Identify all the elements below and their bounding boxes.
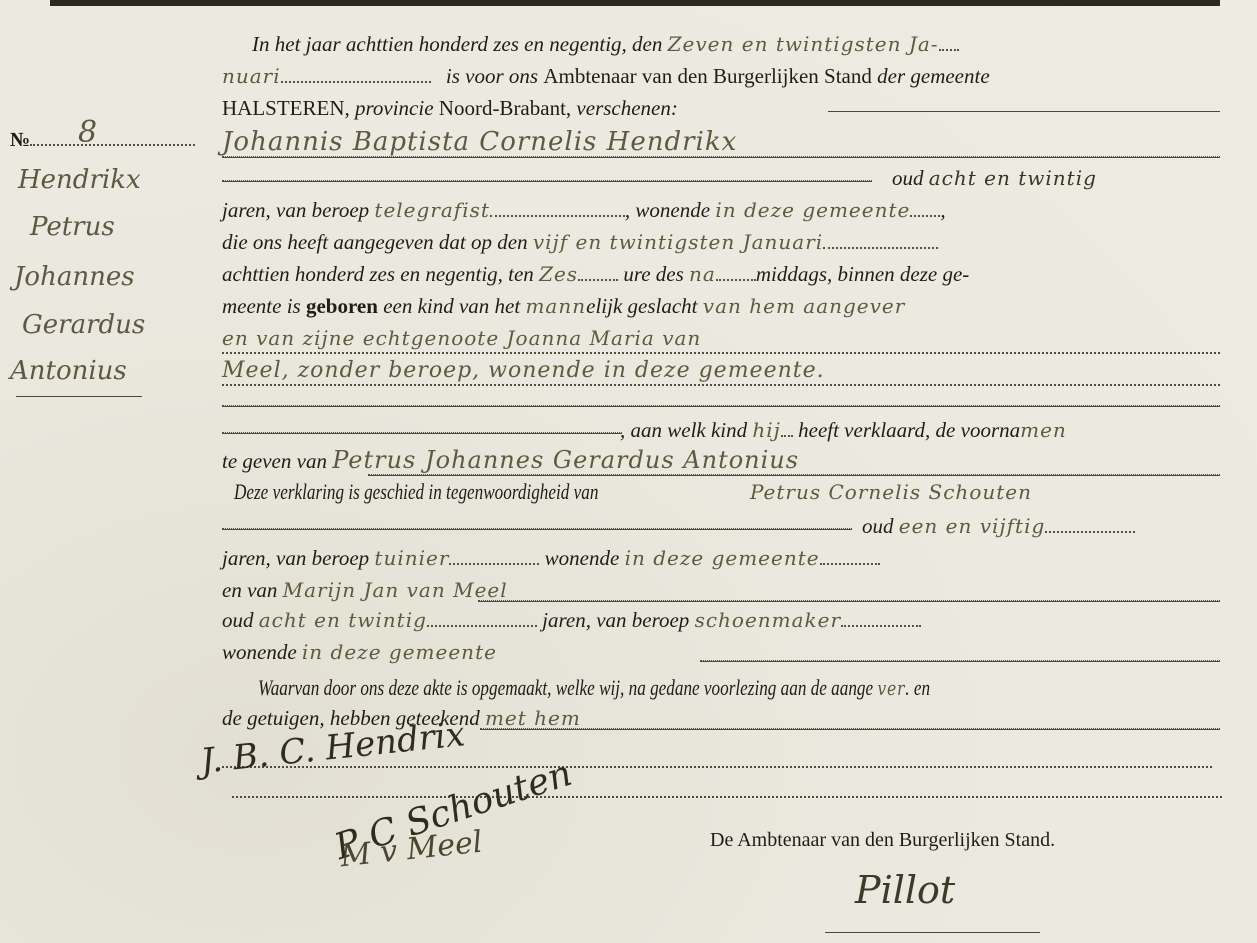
margin-given-name-3: Gerardus (22, 310, 145, 340)
parent-relation: van hem aangever (703, 294, 906, 318)
witness1-residence: in deze gemeente (625, 546, 820, 570)
dotted-rule (222, 352, 1220, 354)
witness2-residence-line: wonende in deze gemeente (222, 640, 497, 664)
child-name-line: te geven van Petrus Johannes Gerardus An… (222, 448, 799, 473)
signature-underline (825, 932, 1040, 933)
declarant-residence: in deze gemeente (715, 198, 910, 222)
line-rule (222, 156, 1220, 158)
declarant-pronoun: hij (752, 418, 780, 442)
occupation-line: jaren, van beroep telegrafist, wonende i… (222, 198, 946, 222)
line-rule (222, 528, 852, 530)
line-rule (222, 180, 872, 182)
signature-rule (232, 796, 1222, 798)
intro-line: In het jaar achttien honderd zes en nege… (252, 32, 959, 56)
witness2-name-line: en van Marijn Jan van Meel (222, 578, 508, 602)
line-rule (222, 432, 622, 434)
birth-hour: Zes (539, 262, 578, 286)
official-signature: Pillot (855, 868, 955, 912)
mother-line: en van zijne echtgenoote Joanna Maria va… (222, 326, 701, 350)
birth-time-line: achttien honderd zes en negentig, ten Ze… (222, 262, 969, 286)
municipality: HALSTEREN, (222, 96, 350, 120)
record-number-label: № (10, 128, 195, 152)
birth-date-line: die ons heeft aangegeven dat op den vijf… (222, 230, 938, 254)
witness2-residence: in deze gemeente (302, 640, 497, 664)
mother-details: Meel, zonder beroep, wonende in deze gem… (222, 358, 825, 383)
line-3: HALSTEREN, provincie Noord-Brabant, vers… (222, 96, 678, 120)
record-number-value: 8 (78, 115, 97, 150)
declarant-name-line: Johannis Baptista Cornelis Hendrikx (222, 130, 737, 155)
mother-name: en van zijne echtgenoote Joanna Maria va… (222, 326, 701, 350)
margin-given-name-4: Antonius (10, 356, 127, 386)
top-border-rule (50, 0, 1220, 6)
declarant-name: Johannis Baptista Cornelis Hendrikx (222, 127, 737, 157)
witness1-name: Petrus Cornelis Schouten (750, 480, 1032, 504)
margin-given-name-1: Petrus (30, 212, 115, 242)
line-rule (368, 474, 1220, 476)
blank-rule (222, 405, 1220, 407)
date-handwritten: Zeven en twintigsten Ja- (668, 32, 939, 56)
mother-details-line: Meel, zonder beroep, wonende in deze gem… (222, 358, 825, 383)
line-rule (700, 660, 1220, 662)
witness2-age-line: oud acht en twintig jaren, van beroep sc… (222, 608, 921, 632)
witness2-name: Marijn Jan van Meel (283, 578, 508, 602)
witness1-age-line: oud een en vijftig (862, 514, 1135, 538)
child-name: Petrus Johannes Gerardus Antonius (332, 446, 799, 474)
closing-line: Waarvan door ons deze akte is opgemaakt,… (258, 676, 1120, 700)
blank-rule (828, 111, 1220, 112)
witness2-occupation: schoenmaker (695, 608, 842, 632)
province: Noord-Brabant, (439, 96, 571, 120)
declarant-age: acht en twintig (929, 166, 1097, 190)
line-2: nuari is voor ons Ambtenaar van den Burg… (222, 64, 990, 88)
child-sex: mann (525, 294, 586, 318)
witness1-age: een en vijftig (899, 514, 1046, 538)
official-title: De Ambtenaar van den Burgerlijken Stand. (710, 828, 1055, 852)
age-line: oud acht en twintig (892, 166, 1097, 190)
witness1-occupation: tuinier (374, 546, 449, 570)
margin-given-name-2: Johannes (14, 262, 135, 292)
line-rule (478, 600, 1220, 602)
naming-line: , aan welk kind hij heeft verklaard, de … (620, 418, 1067, 442)
margin-end-rule (16, 396, 142, 397)
birth-ampm: na (689, 262, 716, 286)
witness1-occupation-line: jaren, van beroep tuinier wonende in dez… (222, 546, 880, 570)
birth-date: vijf en twintigsten Januari (533, 230, 823, 254)
sex-line: meente is geboren een kind van het manne… (222, 294, 905, 318)
margin-surname: Hendrikx (18, 165, 141, 195)
declarant-occupation: telegrafist (374, 198, 490, 222)
dotted-rule (222, 384, 1220, 386)
signature-rule (222, 766, 1212, 768)
line-rule (480, 728, 1220, 730)
witness-intro-line: Deze verklaring is geschied in tegenwoor… (234, 480, 701, 504)
signed-with: met hem (485, 706, 581, 730)
witness2-age: acht en twintig (259, 608, 427, 632)
witness1-name-line: Petrus Cornelis Schouten (750, 480, 1032, 504)
